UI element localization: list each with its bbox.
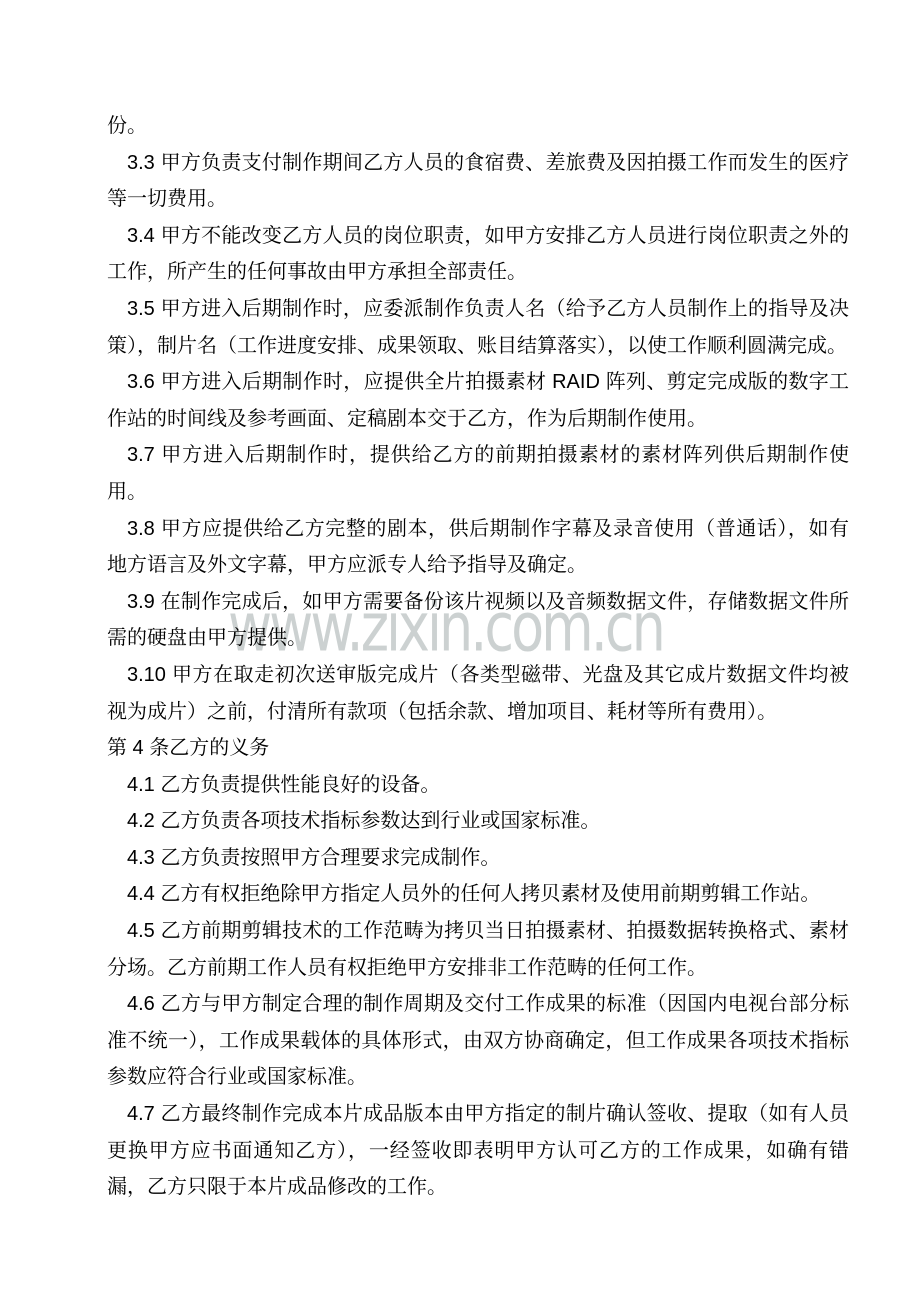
paragraph: 4.2 乙方负责各项技术指标参数达到行业或国家标准。 — [107, 803, 849, 840]
paragraph: 3.7 甲方进入后期制作时，提供给乙方的前期拍摄素材的素材阵列供后期制作使用。 — [107, 437, 849, 510]
document-page: www.zixin.com.cn 份。3.3 甲方负责支付制作期间乙方人员的食宿… — [0, 0, 920, 1302]
paragraph: 3.5 甲方进入后期制作时，应委派制作负责人名（给予乙方人员制作上的指导及决策）… — [107, 291, 849, 364]
paragraph: 4.1 乙方负责提供性能良好的设备。 — [107, 767, 849, 804]
clause-heading: 第 4 条乙方的义务 — [107, 730, 849, 767]
paragraph: 3.10 甲方在取走初次送审版完成片（各类型磁带、光盘及其它成片数据文件均被视为… — [107, 657, 849, 730]
paragraph: 4.4 乙方有权拒绝除甲方指定人员外的任何人拷贝素材及使用前期剪辑工作站。 — [107, 876, 849, 913]
paragraph: 3.6 甲方进入后期制作时，应提供全片拍摄素材 RAID 阵列、剪定完成版的数字… — [107, 364, 849, 437]
document-body: 份。3.3 甲方负责支付制作期间乙方人员的食宿费、差旅费及因拍摄工作而发生的医疗… — [107, 108, 849, 1206]
paragraph: 3.8 甲方应提供给乙方完整的剧本，供后期制作字幕及录音使用（普通话），如有地方… — [107, 511, 849, 584]
paragraph: 3.4 甲方不能改变乙方人员的岗位职责，如甲方安排乙方人员进行岗位职责之外的工作… — [107, 218, 849, 291]
paragraph: 4.7 乙方最终制作完成本片成品版本由甲方指定的制片确认签收、提取（如有人员更换… — [107, 1096, 849, 1206]
paragraph: 份。 — [107, 108, 849, 145]
paragraph: 3.3 甲方负责支付制作期间乙方人员的食宿费、差旅费及因拍摄工作而发生的医疗等一… — [107, 145, 849, 218]
paragraph: 4.5 乙方前期剪辑技术的工作范畴为拷贝当日拍摄素材、拍摄数据转换格式、素材分场… — [107, 913, 849, 986]
paragraph: 3.9 在制作完成后，如甲方需要备份该片视频以及音频数据文件，存储数据文件所需的… — [107, 584, 849, 657]
paragraph: 4.3 乙方负责按照甲方合理要求完成制作。 — [107, 840, 849, 877]
paragraph: 4.6 乙方与甲方制定合理的制作周期及交付工作成果的标准（因国内电视台部分标准不… — [107, 986, 849, 1096]
